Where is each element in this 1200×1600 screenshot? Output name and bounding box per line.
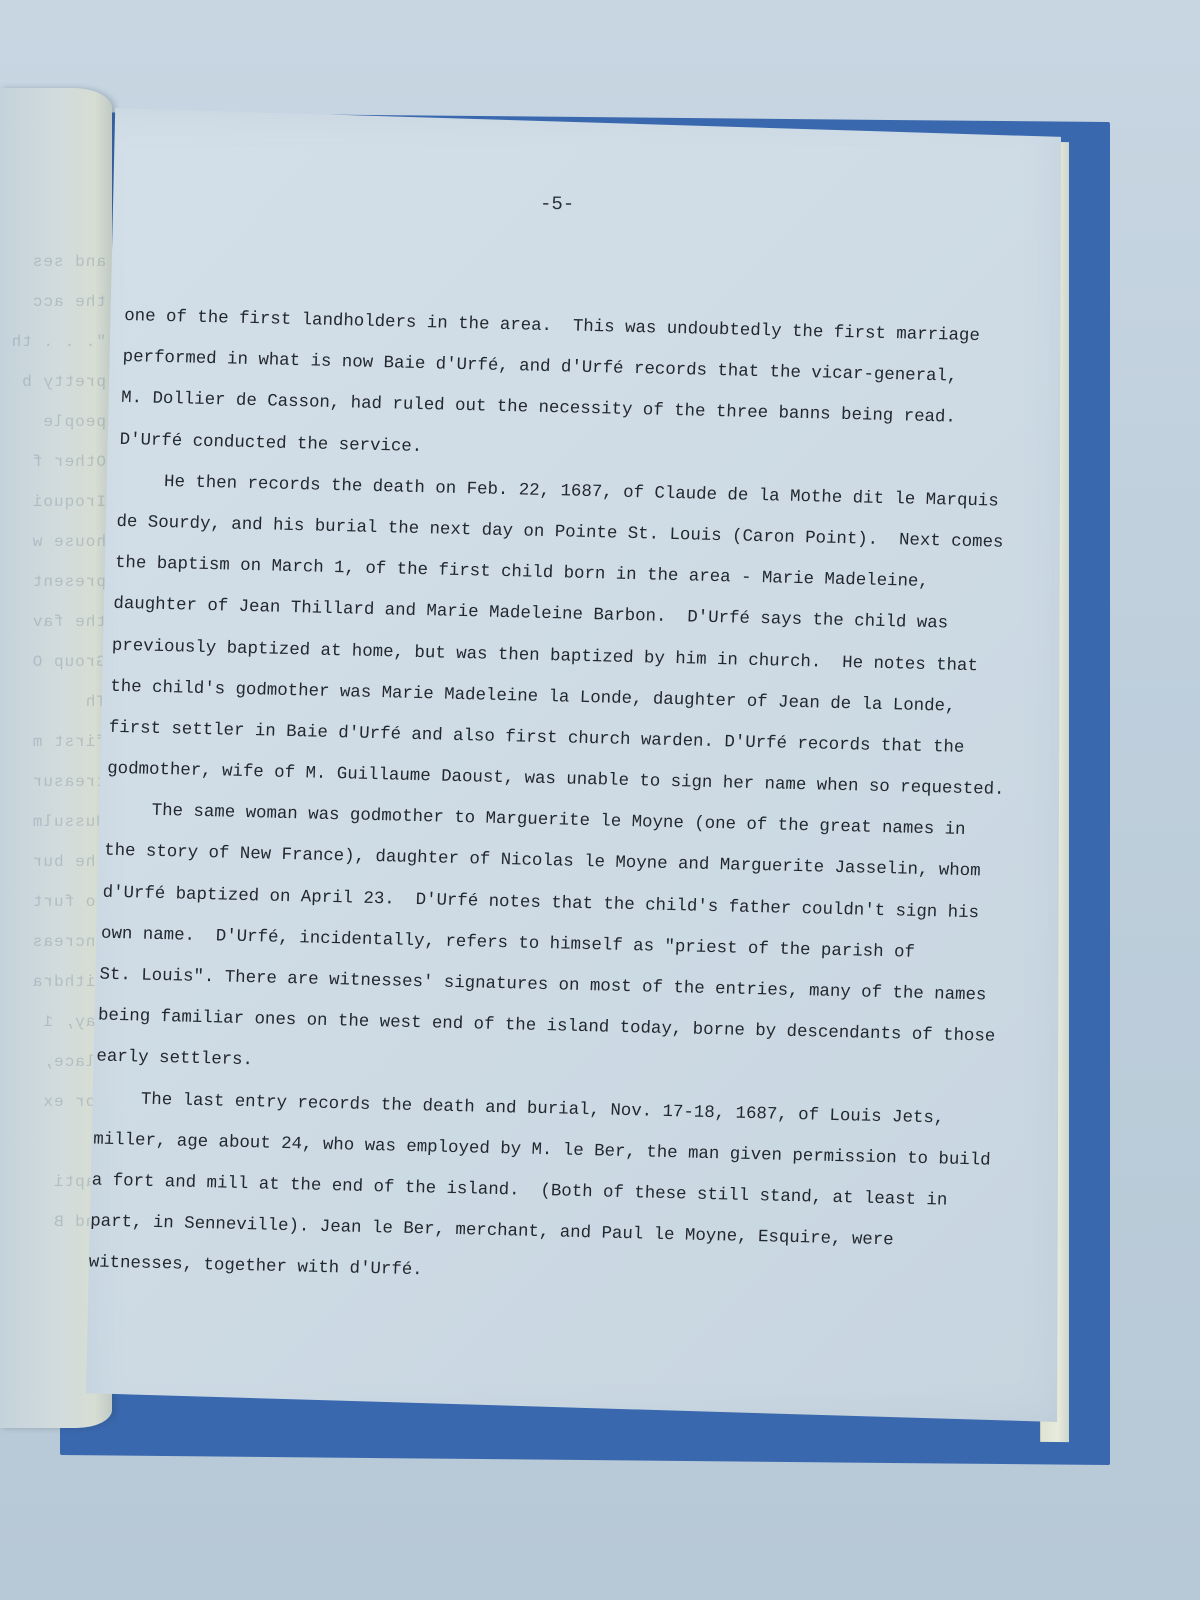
bleed-through-text: withdra	[6, 973, 106, 991]
bleed-through-text: present	[6, 573, 106, 591]
bleed-through-text: Mussulm	[6, 813, 106, 831]
bleed-through-text: no furt	[6, 893, 106, 911]
bleed-through-text: house w	[6, 533, 106, 551]
bleed-through-text: people	[6, 413, 106, 431]
bleed-through-text: place,	[6, 1053, 106, 1071]
bleed-through-text: and ses	[6, 253, 106, 271]
bleed-through-text: May, 1	[6, 1013, 106, 1031]
bleed-through-text: treasur	[6, 773, 106, 791]
page-number: -5-	[540, 193, 574, 215]
bleed-through-text: Group O	[6, 653, 106, 671]
bleed-through-text: Other f	[6, 453, 106, 471]
bleed-through-text: Iroquoi	[6, 493, 106, 511]
bleed-through-text: pretty b	[6, 373, 106, 391]
bleed-through-text: the acc	[6, 293, 106, 311]
body-text: one of the first landholders in the area…	[88, 296, 1025, 1305]
bleed-through-text: increas	[6, 933, 106, 951]
bleed-through-text: Th	[6, 693, 106, 711]
bleed-through-text: first m	[6, 733, 106, 751]
bleed-through-text: ". . . th	[6, 333, 106, 351]
bleed-through-text: for ex	[6, 1093, 106, 1111]
bleed-through-text: the fav	[6, 613, 106, 631]
bleed-through-text: the bur	[6, 853, 106, 871]
bleed-through-text: I	[6, 1133, 106, 1151]
